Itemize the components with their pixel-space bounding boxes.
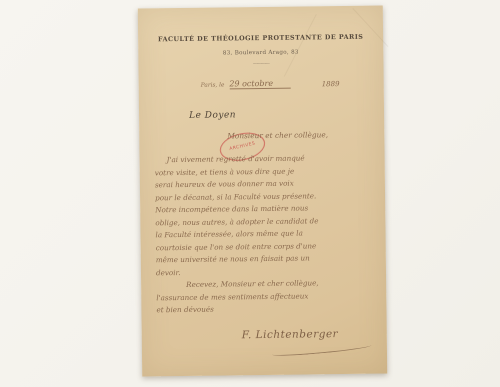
letterhead-address: 83, Boulevard Arago, 83	[138, 49, 383, 58]
date-line: Paris, le 29 octobre	[201, 79, 291, 89]
closing-line: et bien dévoués	[156, 302, 376, 317]
letterhead-institution: FACULTÉ DE THÉOLOGIE PROTESTANTE DE PARI…	[138, 33, 383, 44]
letterhead-ornament: ————	[138, 60, 383, 69]
paper-fold-crease	[284, 14, 317, 77]
sender-title: Le Doyen	[189, 110, 236, 121]
letter-body: J'ai vivement regretté d'avoir manqué vo…	[155, 152, 377, 317]
date-year: 1889	[322, 80, 340, 88]
archives-stamp-label: ARCHIVES	[229, 141, 256, 152]
letter-paper: FACULTÉ DE THÉOLOGIE PROTESTANTE DE PARI…	[138, 6, 387, 377]
salutation: Monsieur et cher collègue,	[227, 130, 328, 140]
signature: F. Lichtenberger	[242, 328, 339, 341]
signature-flourish	[272, 342, 372, 357]
date-day-month: 29 octobre	[229, 79, 291, 90]
date-city-prefix: Paris, le	[201, 82, 225, 88]
